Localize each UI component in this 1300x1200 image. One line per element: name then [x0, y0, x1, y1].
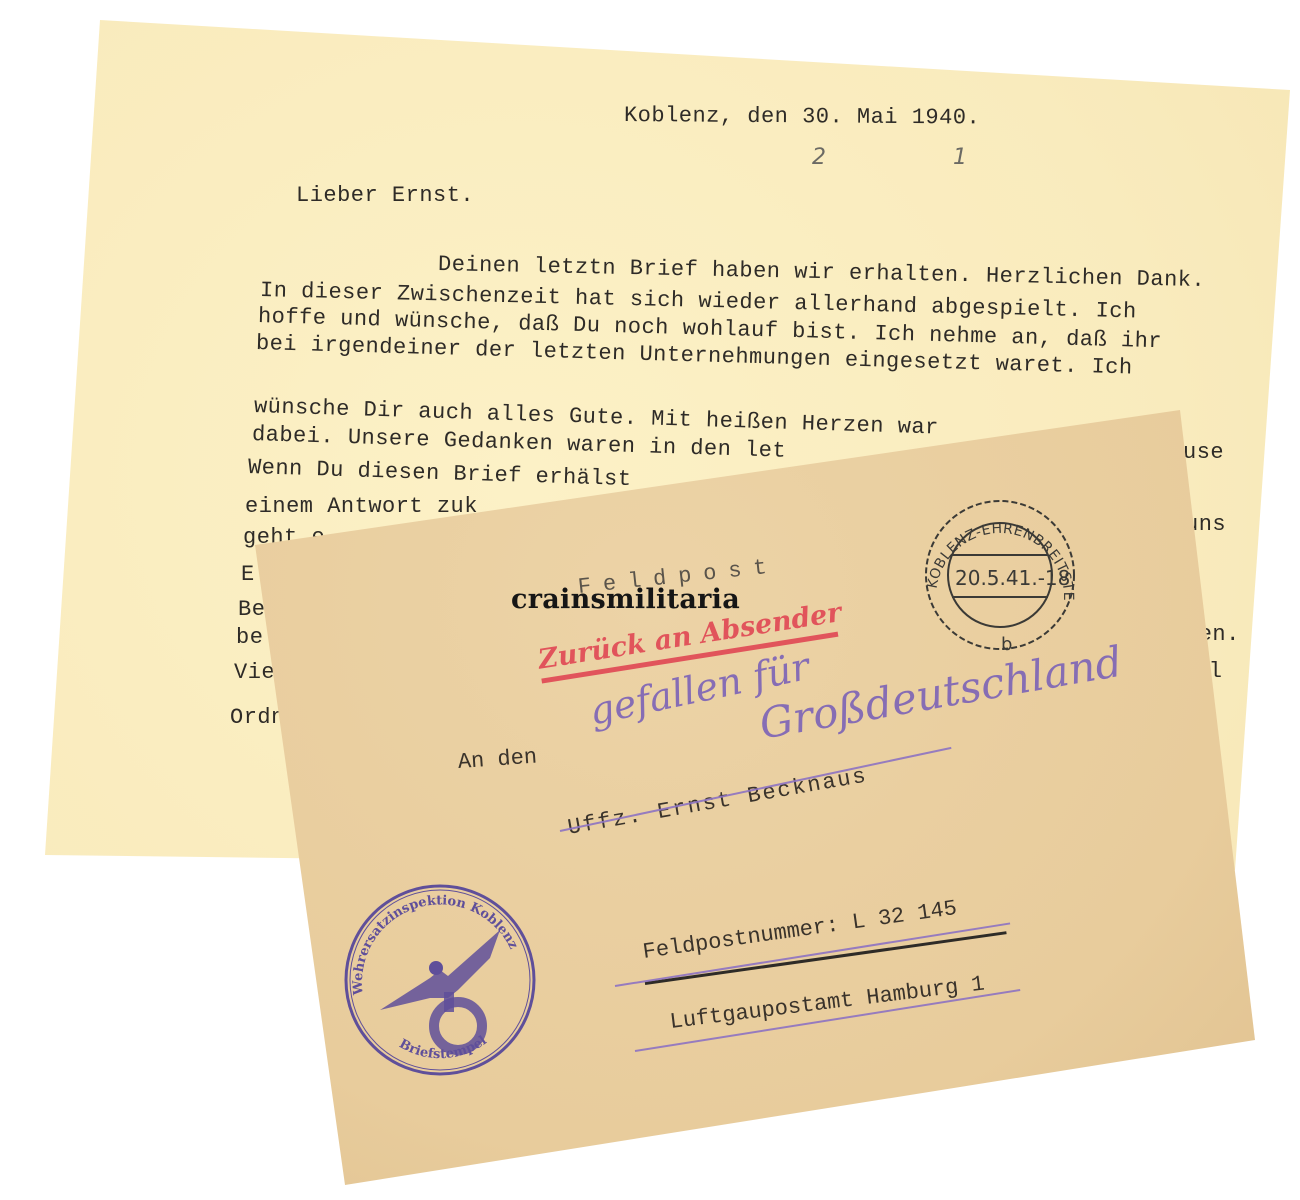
handwritten-line-2: Großdeutschland: [756, 637, 1126, 749]
postmark-date: 20.5.41.-18: [955, 566, 1070, 590]
postmark-letter: b: [1001, 634, 1012, 655]
feldpost-number-label: Feldpostnummer:: [641, 913, 841, 965]
recipient-strikethrough: [560, 747, 952, 832]
photo-scene: Koblenz, den 30. Mai 1940. 2 1 Lieber Er…: [0, 0, 1300, 1200]
envelope-content: Feldpost crainsmilitaria Zurück an Absen…: [0, 0, 1300, 1200]
address-prefix: An den: [457, 745, 538, 775]
eagle-seal-icon: Wehrersatzinspektion Koblenz Briefstempe…: [340, 880, 540, 1080]
watermark: crainsmilitaria: [511, 584, 740, 615]
feldpost-number: L 32 145: [850, 896, 958, 935]
